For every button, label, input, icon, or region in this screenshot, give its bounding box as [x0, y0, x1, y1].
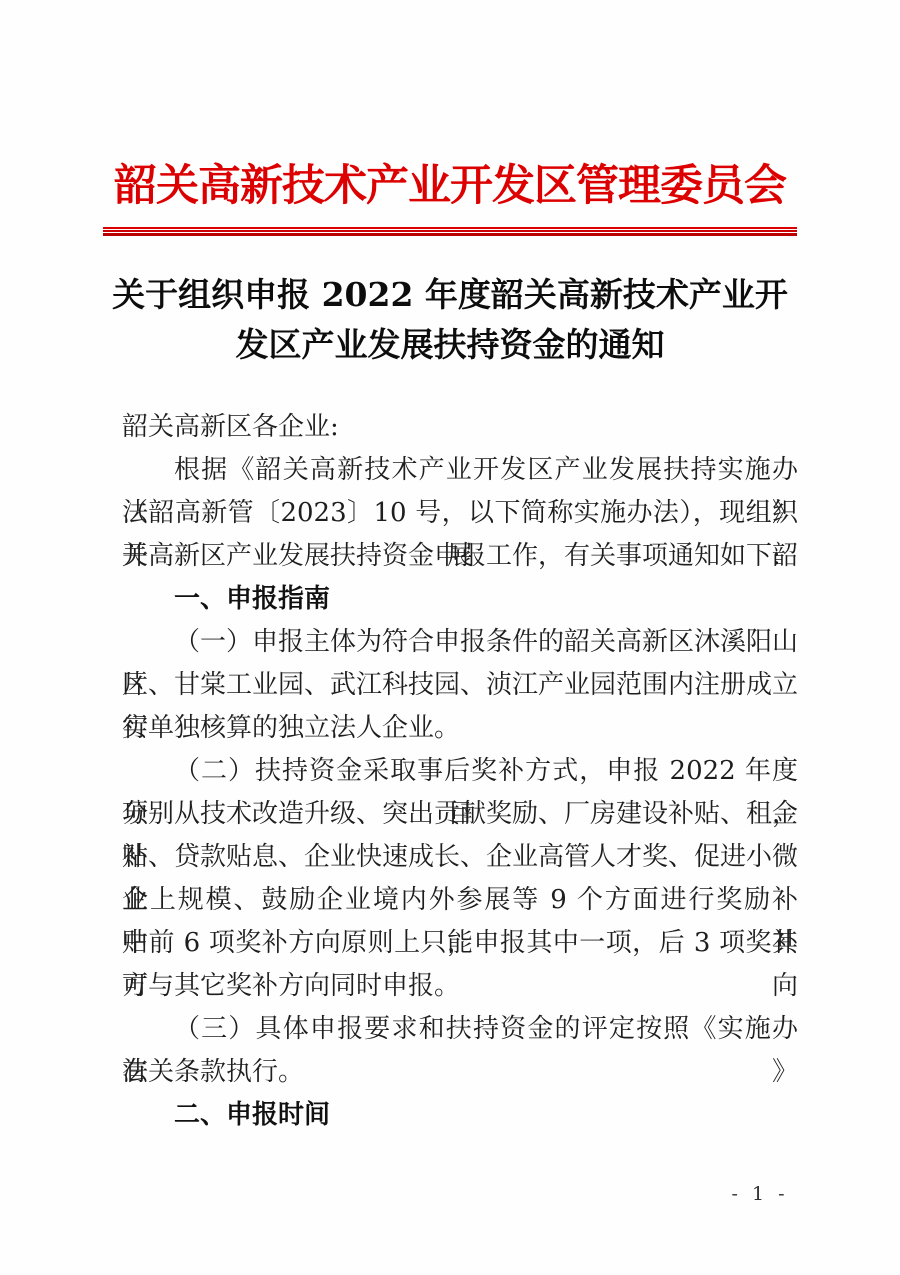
doc-title-line2: 发区产业发展扶持资金的通知 — [60, 320, 840, 370]
body-line: 区、甘棠工业园、武江科技园、浈江产业园范围内注册成立实 — [122, 664, 798, 707]
document-page: 韶关高新技术产业开发区管理委员会 关于组织申报 2022 年度韶关高新技术产业开… — [0, 0, 900, 1275]
body-line: 关高新区产业发展扶持资金申报工作，有关事项通知如下: — [122, 535, 798, 578]
body-line: 贴、贷款贴息、企业快速成长、企业高管人才奖、促进小微企 — [122, 836, 798, 879]
body-line: 分别从技术改造升级、突出贡献奖励、厂房建设补贴、租金补 — [122, 793, 798, 836]
body-line: （二）扶持资金采取事后奖补方式，申报 2022 年度项目， — [122, 750, 798, 793]
salutation-line: 韶关高新区各企业: — [122, 406, 798, 449]
body-line: 业上规模、鼓励企业境内外参展等 9 个方面进行奖励补贴，其 — [122, 879, 798, 922]
body-line: 中前 6 项奖补方向原则上只能申报其中一项，后 3 项奖补方向 — [122, 922, 798, 965]
org-masthead-title: 韶关高新技术产业开发区管理委员会 — [0, 152, 900, 213]
section-heading-2: 二、申报时间 — [122, 1094, 798, 1137]
doc-body: 韶关高新区各企业: 根据《韶关高新技术产业开发区产业发展扶持实施办法》 （韶高新… — [122, 406, 798, 1137]
body-line: （三）具体申报要求和扶持资金的评定按照《实施办法》 — [122, 1008, 798, 1051]
body-line: 行单独核算的独立法人企业。 — [122, 707, 798, 750]
body-line: （一）申报主体为符合申报条件的韶关高新区沐溪阳山片 — [122, 621, 798, 664]
body-line: 根据《韶关高新技术产业开发区产业发展扶持实施办法》 — [122, 449, 798, 492]
section-heading-1: 一、申报指南 — [122, 578, 798, 621]
page-number: - 1 - — [700, 1183, 820, 1205]
doc-title-line1: 关于组织申报 2022 年度韶关高新技术产业开 — [60, 270, 840, 320]
doc-title: 关于组织申报 2022 年度韶关高新技术产业开 发区产业发展扶持资金的通知 — [60, 270, 840, 370]
body-line: （韶高新管〔2023〕10 号，以下简称实施办法），现组织开展韶 — [122, 492, 798, 535]
red-divider-line — [103, 227, 797, 236]
